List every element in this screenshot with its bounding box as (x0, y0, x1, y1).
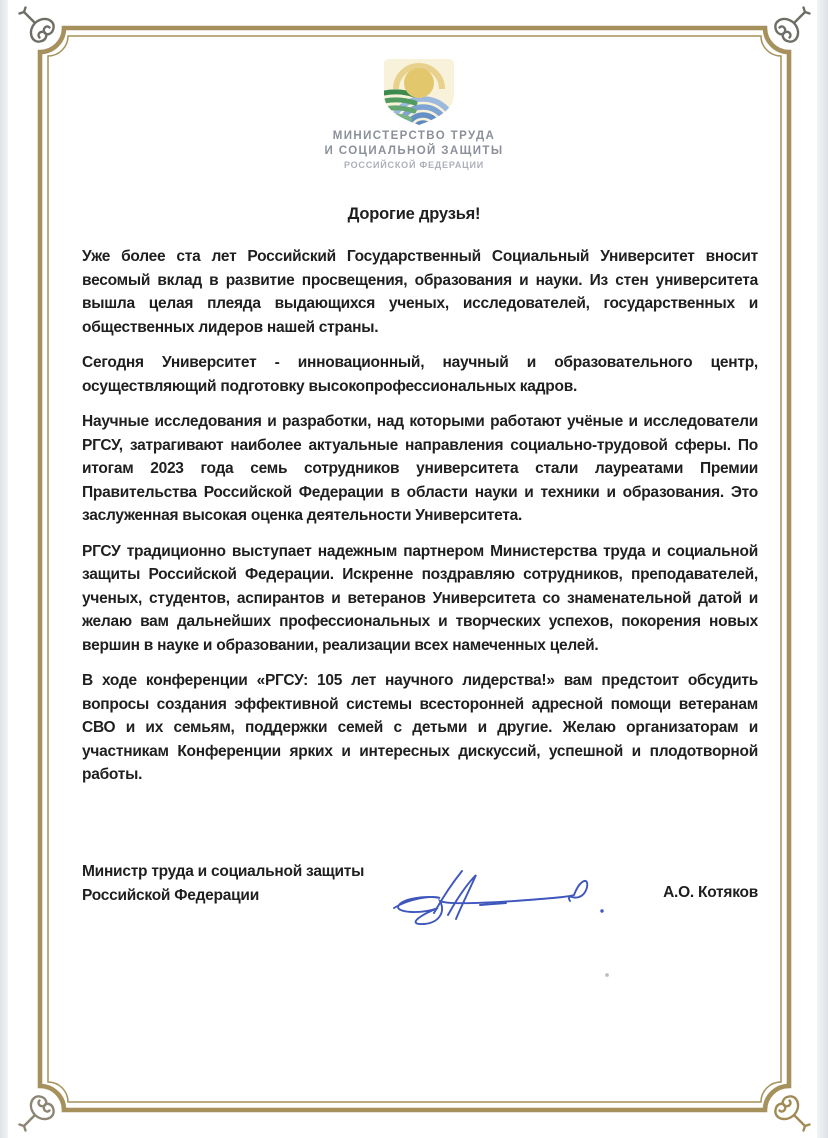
letter-body: Уже более ста лет Российский Государстве… (82, 245, 758, 799)
ministry-name-line3: РОССИЙСКОЙ ФЕДЕРАЦИИ (0, 159, 828, 172)
ministry-emblem-icon (376, 56, 462, 128)
letter-paragraph: Уже более ста лет Российский Государстве… (82, 245, 758, 339)
corner-ornament-top-left-icon (20, 8, 54, 42)
scan-speck (605, 973, 609, 977)
letter-paragraph: РГСУ традиционно выступает надежным парт… (82, 540, 758, 658)
corner-ornament-top-right-icon (775, 8, 809, 42)
corner-ornament-bottom-right-icon (775, 1096, 809, 1130)
letter-page: МИНИСТЕРСТВО ТРУДА И СОЦИАЛЬНОЙ ЗАЩИТЫ Р… (0, 0, 828, 1138)
letter-paragraph: В ходе конференции «РГСУ: 105 лет научно… (82, 669, 758, 787)
corner-ornament-bottom-left-icon (20, 1096, 54, 1130)
signatory-name: А.О. Котяков (663, 884, 758, 902)
ministry-name-block: МИНИСТЕРСТВО ТРУДА И СОЦИАЛЬНОЙ ЗАЩИТЫ Р… (0, 129, 828, 172)
handwritten-signature (388, 853, 628, 928)
ministry-name-line1: МИНИСТЕРСТВО ТРУДА (0, 129, 828, 144)
letter-salutation: Дорогие друзья! (0, 205, 828, 224)
letter-paragraph: Научные исследования и разработки, над к… (82, 410, 758, 528)
letter-paragraph: Сегодня Университет - инновационный, нау… (82, 351, 758, 398)
ministry-name-line2: И СОЦИАЛЬНОЙ ЗАЩИТЫ (0, 144, 828, 159)
